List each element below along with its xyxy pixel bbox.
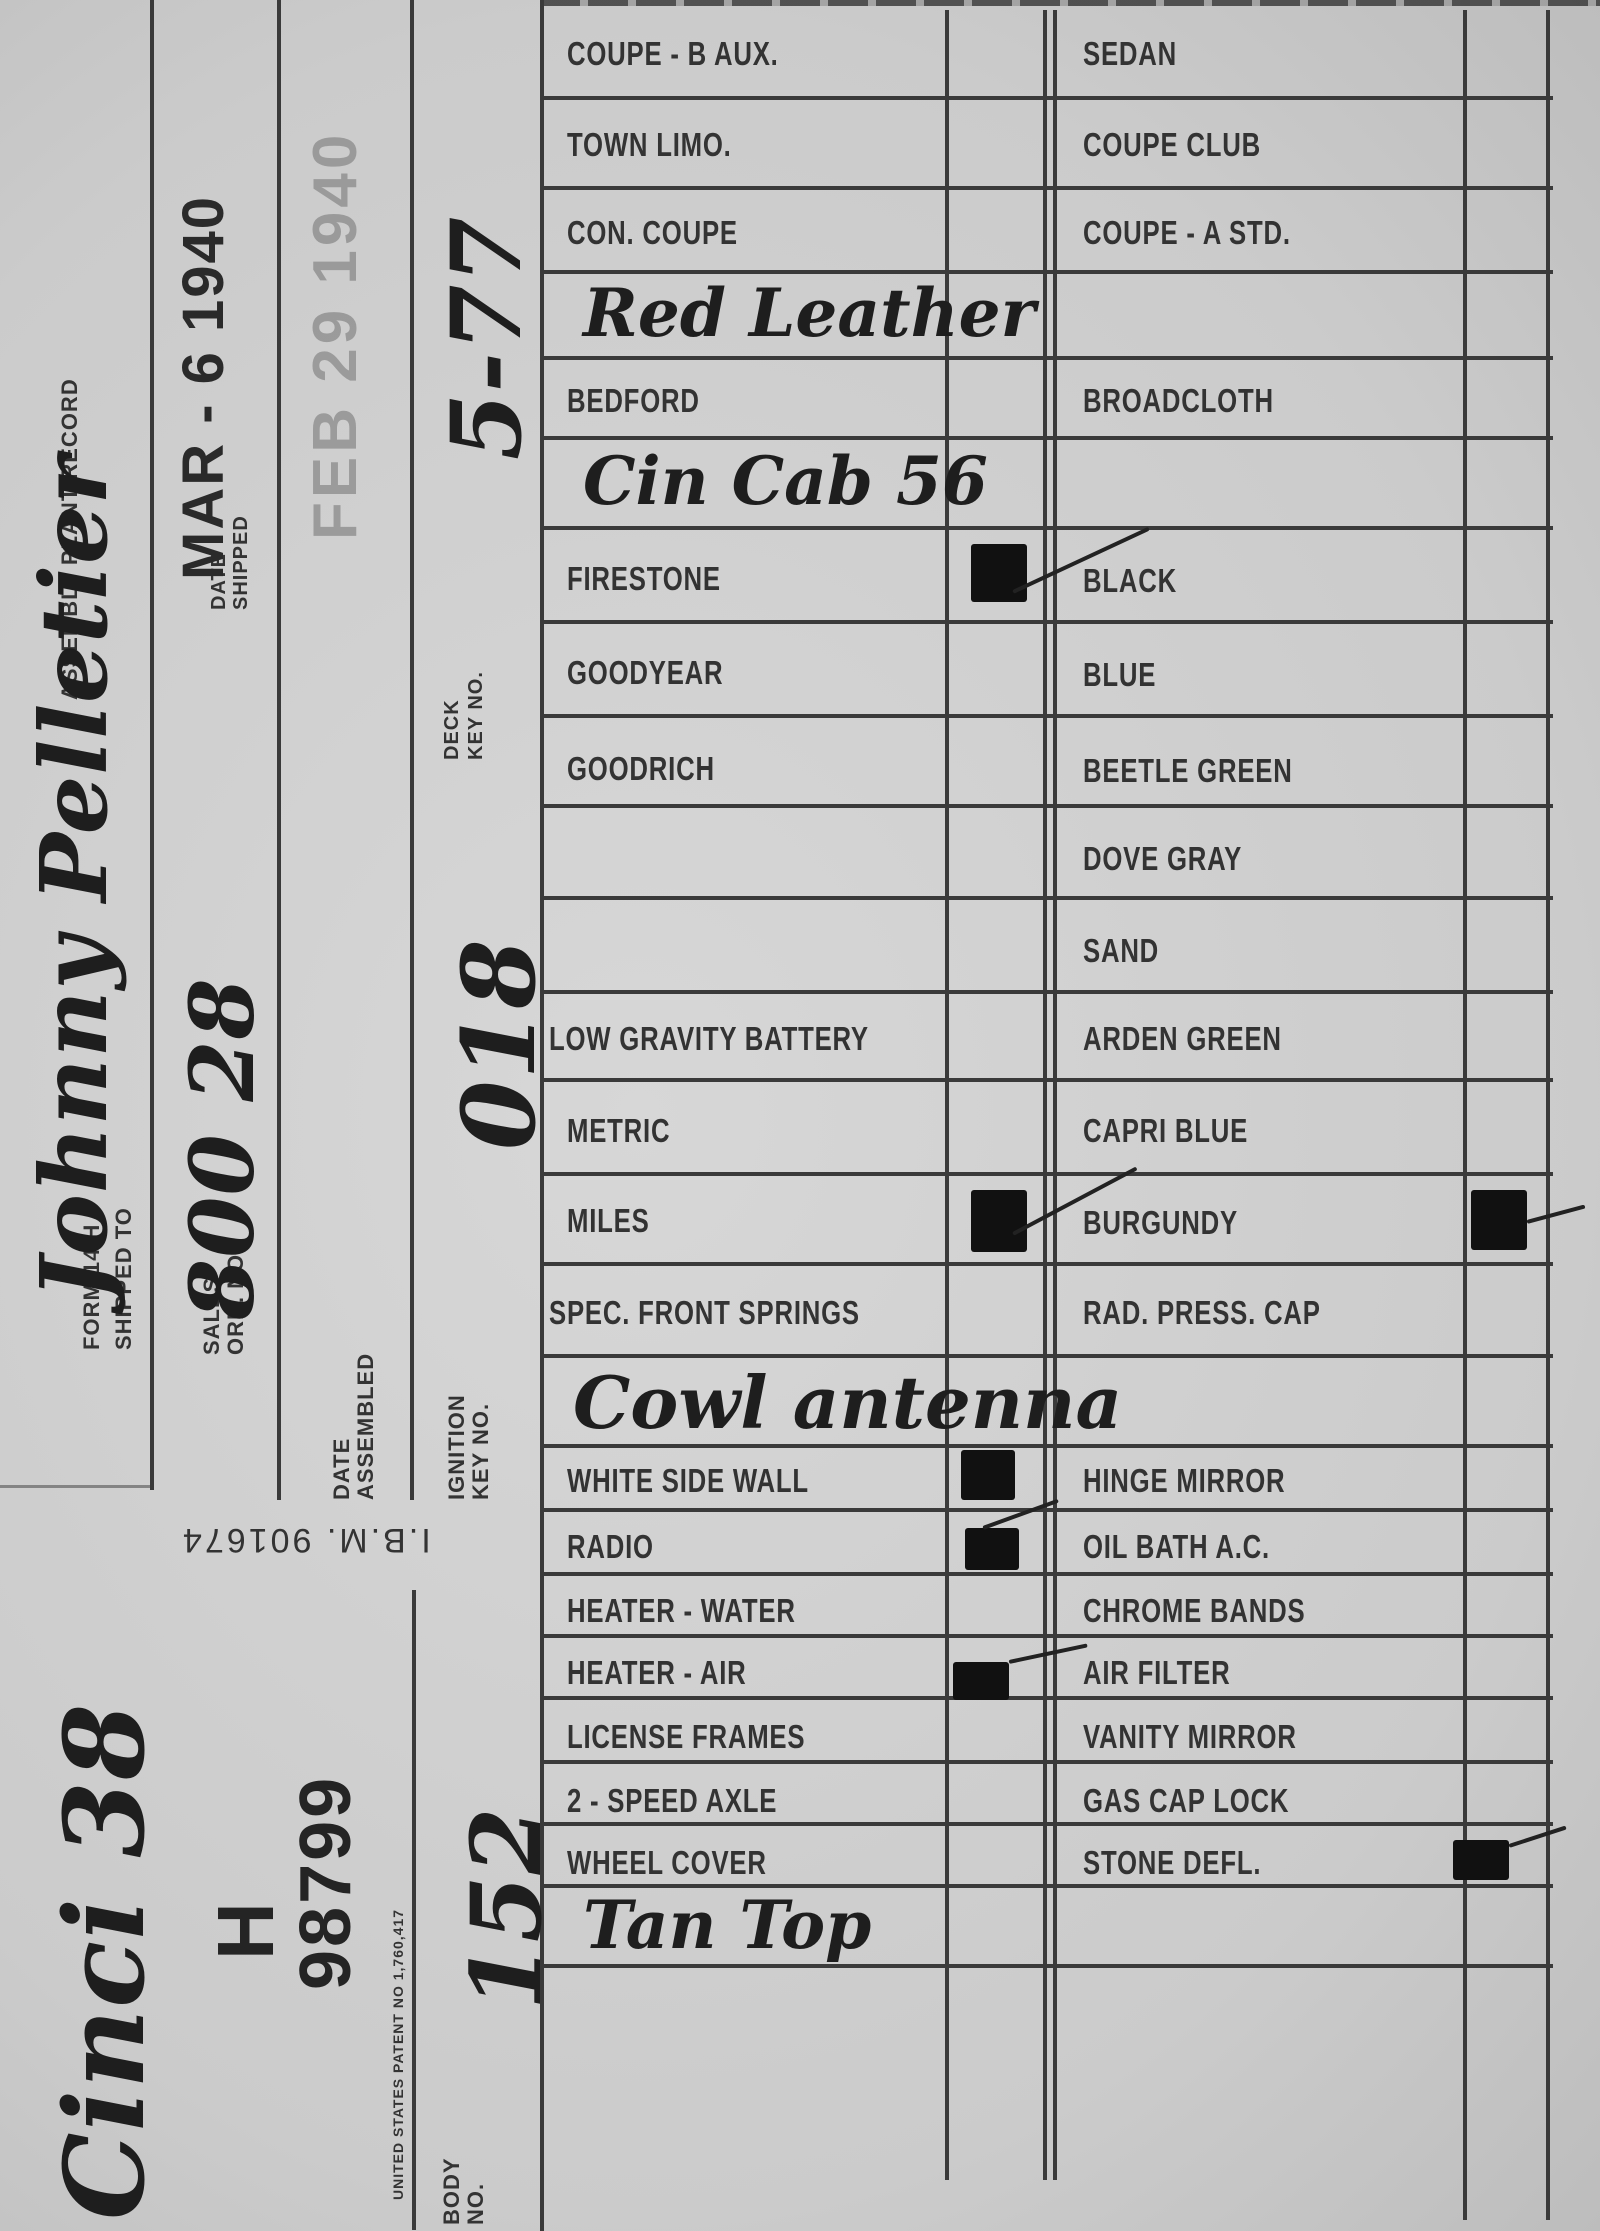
option-left-label: GOODYEAR xyxy=(567,654,723,692)
option-right-label: HINGE MIRROR xyxy=(1083,1462,1285,1500)
option-row: RADIO OIL BATH A.C. xyxy=(543,1512,1553,1576)
serial-number: 98799 xyxy=(285,1775,367,1990)
option-right-label: BLACK xyxy=(1083,562,1177,600)
check-stroke xyxy=(1009,1643,1088,1664)
checkbox-stone-defl-checked[interactable] xyxy=(1453,1840,1509,1880)
option-row: HEATER - AIR AIR FILTER xyxy=(543,1638,1553,1700)
checkbox-heater-air-checked[interactable] xyxy=(953,1662,1009,1700)
stub-rule-1 xyxy=(150,0,154,1490)
handwritten-row-accessory: Cowl antenna xyxy=(543,1358,1553,1448)
handwritten-note: Cowl antenna xyxy=(573,1360,1122,1445)
option-right-label: OIL BATH A.C. xyxy=(1083,1528,1270,1566)
option-right-label: CAPRI BLUE xyxy=(1083,1112,1248,1150)
option-left-label: MILES xyxy=(567,1202,650,1240)
option-right-label: SEDAN xyxy=(1083,35,1177,73)
options-grid: COUPE - B AUX. SEDAN TOWN LIMO. COUPE CL… xyxy=(543,10,1553,2220)
option-row: LICENSE FRAMES VANITY MIRROR xyxy=(543,1700,1553,1764)
option-row: TOWN LIMO. COUPE CLUB xyxy=(543,100,1553,190)
handwritten-row-trim: Red Leather xyxy=(543,274,1553,360)
option-row: 2 - SPEED AXLE GAS CAP LOCK xyxy=(543,1764,1553,1826)
option-row: WHEEL COVER STONE DEFL. xyxy=(543,1826,1553,1888)
option-right-label: COUPE CLUB xyxy=(1083,126,1261,164)
option-right-label: BEETLE GREEN xyxy=(1083,752,1293,790)
option-right-label: COUPE - A STD. xyxy=(1083,214,1291,252)
option-row: SAND xyxy=(543,900,1553,994)
option-row: GOODRICH BEETLE GREEN xyxy=(543,718,1553,808)
date-assembled-stamp: FEB 29 1940 xyxy=(300,131,371,540)
handwritten-note: Red Leather xyxy=(583,274,1035,352)
stub-rule-4 xyxy=(412,1590,416,2230)
option-left-label: LICENSE FRAMES xyxy=(567,1718,805,1756)
option-left-label: WHITE SIDE WALL xyxy=(567,1462,809,1500)
option-right-label: ARDEN GREEN xyxy=(1083,1020,1282,1058)
check-stroke xyxy=(1526,1205,1585,1224)
option-right-label: AIR FILTER xyxy=(1083,1654,1230,1692)
option-left-label: TOWN LIMO. xyxy=(567,126,732,164)
option-left-label: FIRESTONE xyxy=(567,560,721,598)
deck-key-label: DECK KEY NO. xyxy=(440,660,488,760)
checkbox-burgundy-checked[interactable] xyxy=(1471,1190,1527,1250)
option-right-label: GAS CAP LOCK xyxy=(1083,1782,1289,1820)
assembly-plant-record-card: ASSEMBLY PLANT RECORD FORM 14 H SHIPPED … xyxy=(0,0,1600,2231)
option-right-label: BLUE xyxy=(1083,656,1156,694)
check-stroke xyxy=(1508,1826,1566,1848)
option-right-label: RAD. PRESS. CAP xyxy=(1083,1294,1321,1332)
option-row: GOODYEAR BLUE xyxy=(543,624,1553,718)
stub-rule-3 xyxy=(410,0,414,1500)
option-row: FIRESTONE BLACK xyxy=(543,530,1553,624)
date-shipped-stamp: MAR - 6 1940 xyxy=(170,195,237,580)
stub-rule-2 xyxy=(277,0,281,1500)
option-right-label: VANITY MIRROR xyxy=(1083,1718,1297,1756)
option-right-label: BURGUNDY xyxy=(1083,1204,1238,1242)
option-left-label: HEATER - AIR xyxy=(567,1654,747,1692)
option-left-label: RADIO xyxy=(567,1528,654,1566)
option-row: COUPE - B AUX. SEDAN xyxy=(543,10,1553,100)
serial-prefix: H xyxy=(200,1901,292,1960)
deck-key-value: 5-77 xyxy=(430,216,543,460)
sales-ord-value: 800 28 xyxy=(170,977,274,1320)
option-left-label: METRIC xyxy=(567,1112,670,1150)
checkbox-white-side-wall-checked[interactable] xyxy=(961,1450,1015,1500)
option-left-label: WHEEL COVER xyxy=(567,1844,767,1882)
option-left-label: COUPE - B AUX. xyxy=(567,35,779,73)
checkbox-firestone-checked[interactable] xyxy=(971,544,1027,602)
option-right-label: BROADCLOTH xyxy=(1083,382,1274,420)
option-right-label: DOVE GRAY xyxy=(1083,840,1242,878)
shipped-to-value: Johnny Pelletier xyxy=(20,455,128,1300)
option-row: MILES BURGUNDY xyxy=(543,1176,1553,1266)
handwritten-row-top: Tan Top xyxy=(543,1888,1553,1968)
option-left-label: 2 - SPEED AXLE xyxy=(567,1782,777,1820)
checkbox-miles-checked[interactable] xyxy=(971,1190,1027,1252)
option-left-label: BEDFORD xyxy=(567,382,700,420)
option-right-label: SAND xyxy=(1083,932,1159,970)
handwritten-note: Tan Top xyxy=(583,1886,871,1964)
ibm-number: I.B.M. 901674 xyxy=(180,1528,431,1552)
option-left-label: SPEC. FRONT SPRINGS xyxy=(549,1294,860,1332)
option-left-label: LOW GRAVITY BATTERY xyxy=(549,1020,869,1058)
option-row: LOW GRAVITY BATTERY ARDEN GREEN xyxy=(543,994,1553,1082)
handwritten-row-paint: Cin Cab 56 xyxy=(543,440,1553,530)
date-assembled-label: DATE ASSEMBLED xyxy=(330,1340,378,1500)
patent-text: UNITED STATES PATENT NO 1,760,417 xyxy=(390,1909,406,2200)
option-row: METRIC CAPRI BLUE xyxy=(543,1082,1553,1176)
option-row: BEDFORD BROADCLOTH xyxy=(543,360,1553,440)
option-row: DOVE GRAY xyxy=(543,808,1553,900)
option-left-label: CON. COUPE xyxy=(567,214,738,252)
stub-fold-line xyxy=(0,1485,150,1488)
card-top-edge xyxy=(540,0,1600,6)
option-right-label: STONE DEFL. xyxy=(1083,1844,1261,1882)
destination-handwritten: Cinci 38 xyxy=(40,1703,169,2220)
option-row: SPEC. FRONT SPRINGS RAD. PRESS. CAP xyxy=(543,1266,1553,1358)
option-right-label: CHROME BANDS xyxy=(1083,1592,1305,1630)
option-left-label: GOODRICH xyxy=(567,750,715,788)
body-no-label: BODY NO. xyxy=(440,2125,488,2225)
checkbox-radio-checked[interactable] xyxy=(965,1528,1019,1570)
option-row: CON. COUPE COUPE - A STD. xyxy=(543,190,1553,274)
handwritten-note: Cin Cab 56 xyxy=(583,442,988,520)
ignition-key-label: IGNITION KEY NO. xyxy=(445,1370,493,1500)
option-row: HEATER - WATER CHROME BANDS xyxy=(543,1576,1553,1638)
option-left-label: HEATER - WATER xyxy=(567,1592,796,1630)
ignition-key-value: 018 xyxy=(440,938,558,1150)
